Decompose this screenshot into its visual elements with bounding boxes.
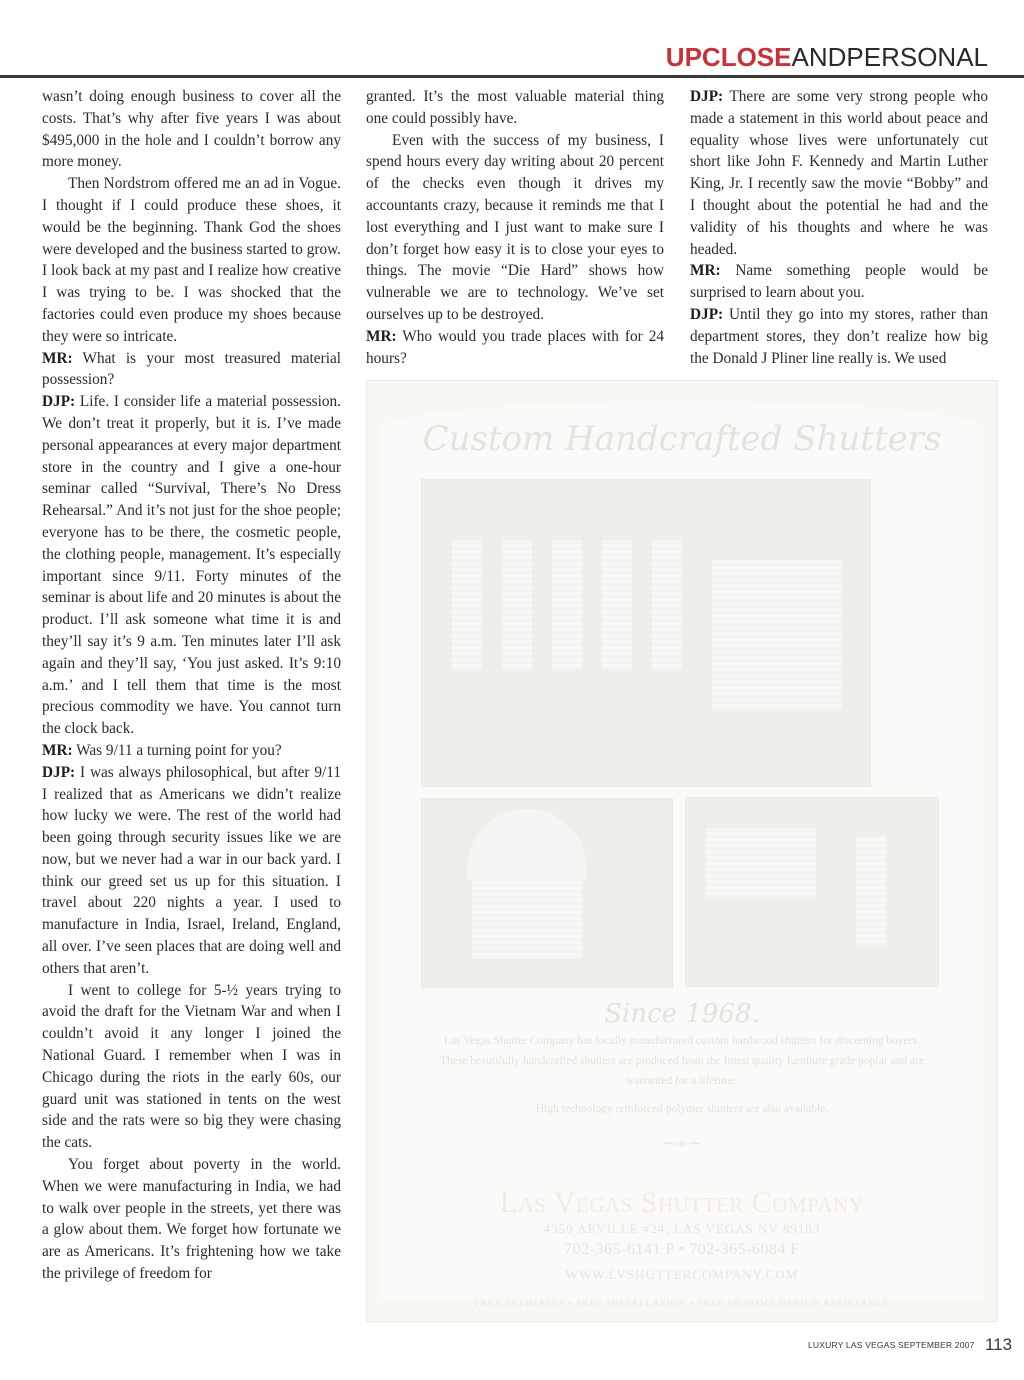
shutter-advertisement: Custom Handcrafted Shutters Since 1968. … <box>366 380 998 1322</box>
interview-paragraph: MR: Name something people would be surpr… <box>690 260 988 304</box>
article-paragraph: wasn’t doing enough business to cover al… <box>42 86 341 173</box>
paragraph-text: Was 9/11 a turning point for you? <box>73 742 282 759</box>
page-footer: LUXURY LAS VEGAS SEPTEMBER 2007 113 <box>808 1335 1012 1355</box>
section-title-and: AND <box>791 42 846 72</box>
interview-paragraph: DJP: Life. I consider life a material po… <box>42 391 341 740</box>
ad-title: Custom Handcrafted Shutters <box>367 419 997 459</box>
ad-website-link[interactable]: WWW.LVSHUTTERCOMPANY.COM <box>367 1267 997 1283</box>
interview-paragraph: MR: Was 9/11 a turning point for you? <box>42 740 341 762</box>
speaker-label: MR: <box>42 742 73 759</box>
ornament-icon: ∼◦∞◦∼ <box>367 1136 997 1151</box>
speaker-label: MR: <box>690 262 721 279</box>
paragraph-text: What is your most treasured material pos… <box>42 350 341 389</box>
paragraph-text: wasn’t doing enough business to cover al… <box>42 88 341 170</box>
interview-paragraph: MR: What is your most treasured material… <box>42 348 341 392</box>
paragraph-text: granted. It’s the most valuable material… <box>366 88 664 127</box>
speaker-label: MR: <box>366 328 397 345</box>
paragraph-text: There are some very strong people who ma… <box>690 88 988 258</box>
ad-company-name: Las Vegas Shutter Company <box>367 1186 997 1220</box>
ad-photo-living-room <box>421 479 871 787</box>
ad-photo-dining-room <box>685 797 939 987</box>
article-paragraph: Then Nordstrom offered me an ad in Vogue… <box>42 173 341 347</box>
section-title: UPCLOSEANDPERSONAL <box>666 42 988 72</box>
article-paragraph: Even with the success of my business, I … <box>366 130 664 326</box>
interview-paragraph: DJP: Until they go into my stores, rathe… <box>690 304 988 369</box>
speaker-label: DJP: <box>690 306 723 323</box>
article-paragraph: granted. It’s the most valuable material… <box>366 86 664 130</box>
article-paragraph: You forget about poverty in the world. W… <box>42 1154 341 1285</box>
ad-note: High technology reinforced polymer shutt… <box>437 1099 927 1119</box>
paragraph-text: Life. I consider life a material possess… <box>42 393 341 737</box>
paragraph-text: I went to college for 5-½ years trying t… <box>42 982 341 1152</box>
speaker-label: MR: <box>42 350 73 367</box>
section-title-upclose: UPCLOSE <box>666 42 792 72</box>
header-rule <box>0 75 1024 78</box>
interview-paragraph: DJP: I was always philosophical, but aft… <box>42 762 341 980</box>
paragraph-text: Name something people would be surprised… <box>690 262 988 301</box>
paragraph-text: Who would you trade places with for 24 h… <box>366 328 664 367</box>
ad-phones: 702-365-6141 P • 702-365-6084 F <box>367 1241 997 1259</box>
paragraph-text: I was always philosophical, but after 9/… <box>42 764 341 977</box>
speaker-label: DJP: <box>690 88 723 105</box>
ad-photo-arched-window <box>421 798 673 988</box>
section-title-personal: PERSONAL <box>846 42 988 72</box>
article-column-3: DJP: There are some very strong people w… <box>690 86 988 369</box>
ad-address: 4350 ARVILLE #24, LAS VEGAS NV 89103 <box>367 1221 997 1237</box>
paragraph-text: Until they go into my stores, rather tha… <box>690 306 988 367</box>
article-column-1: wasn’t doing enough business to cover al… <box>42 86 341 1285</box>
speaker-label: DJP: <box>42 393 75 410</box>
page-number: 113 <box>985 1335 1012 1354</box>
paragraph-text: Even with the success of my business, I … <box>366 132 664 323</box>
ad-description: Las Vegas Shutter Company has locally ma… <box>437 1031 927 1091</box>
article-column-2: granted. It’s the most valuable material… <box>366 86 664 369</box>
interview-paragraph: MR: Who would you trade places with for … <box>366 326 664 370</box>
ad-since: Since 1968. <box>367 999 997 1029</box>
ad-services: FREE ESTIMATES • FREE INSTALLATION • FRE… <box>367 1299 997 1309</box>
paragraph-text: You forget about poverty in the world. W… <box>42 1156 341 1282</box>
publication-info: LUXURY LAS VEGAS SEPTEMBER 2007 <box>808 1340 975 1350</box>
speaker-label: DJP: <box>42 764 75 781</box>
interview-paragraph: DJP: There are some very strong people w… <box>690 86 988 260</box>
paragraph-text: Then Nordstrom offered me an ad in Vogue… <box>42 175 341 345</box>
article-paragraph: I went to college for 5-½ years trying t… <box>42 980 341 1154</box>
